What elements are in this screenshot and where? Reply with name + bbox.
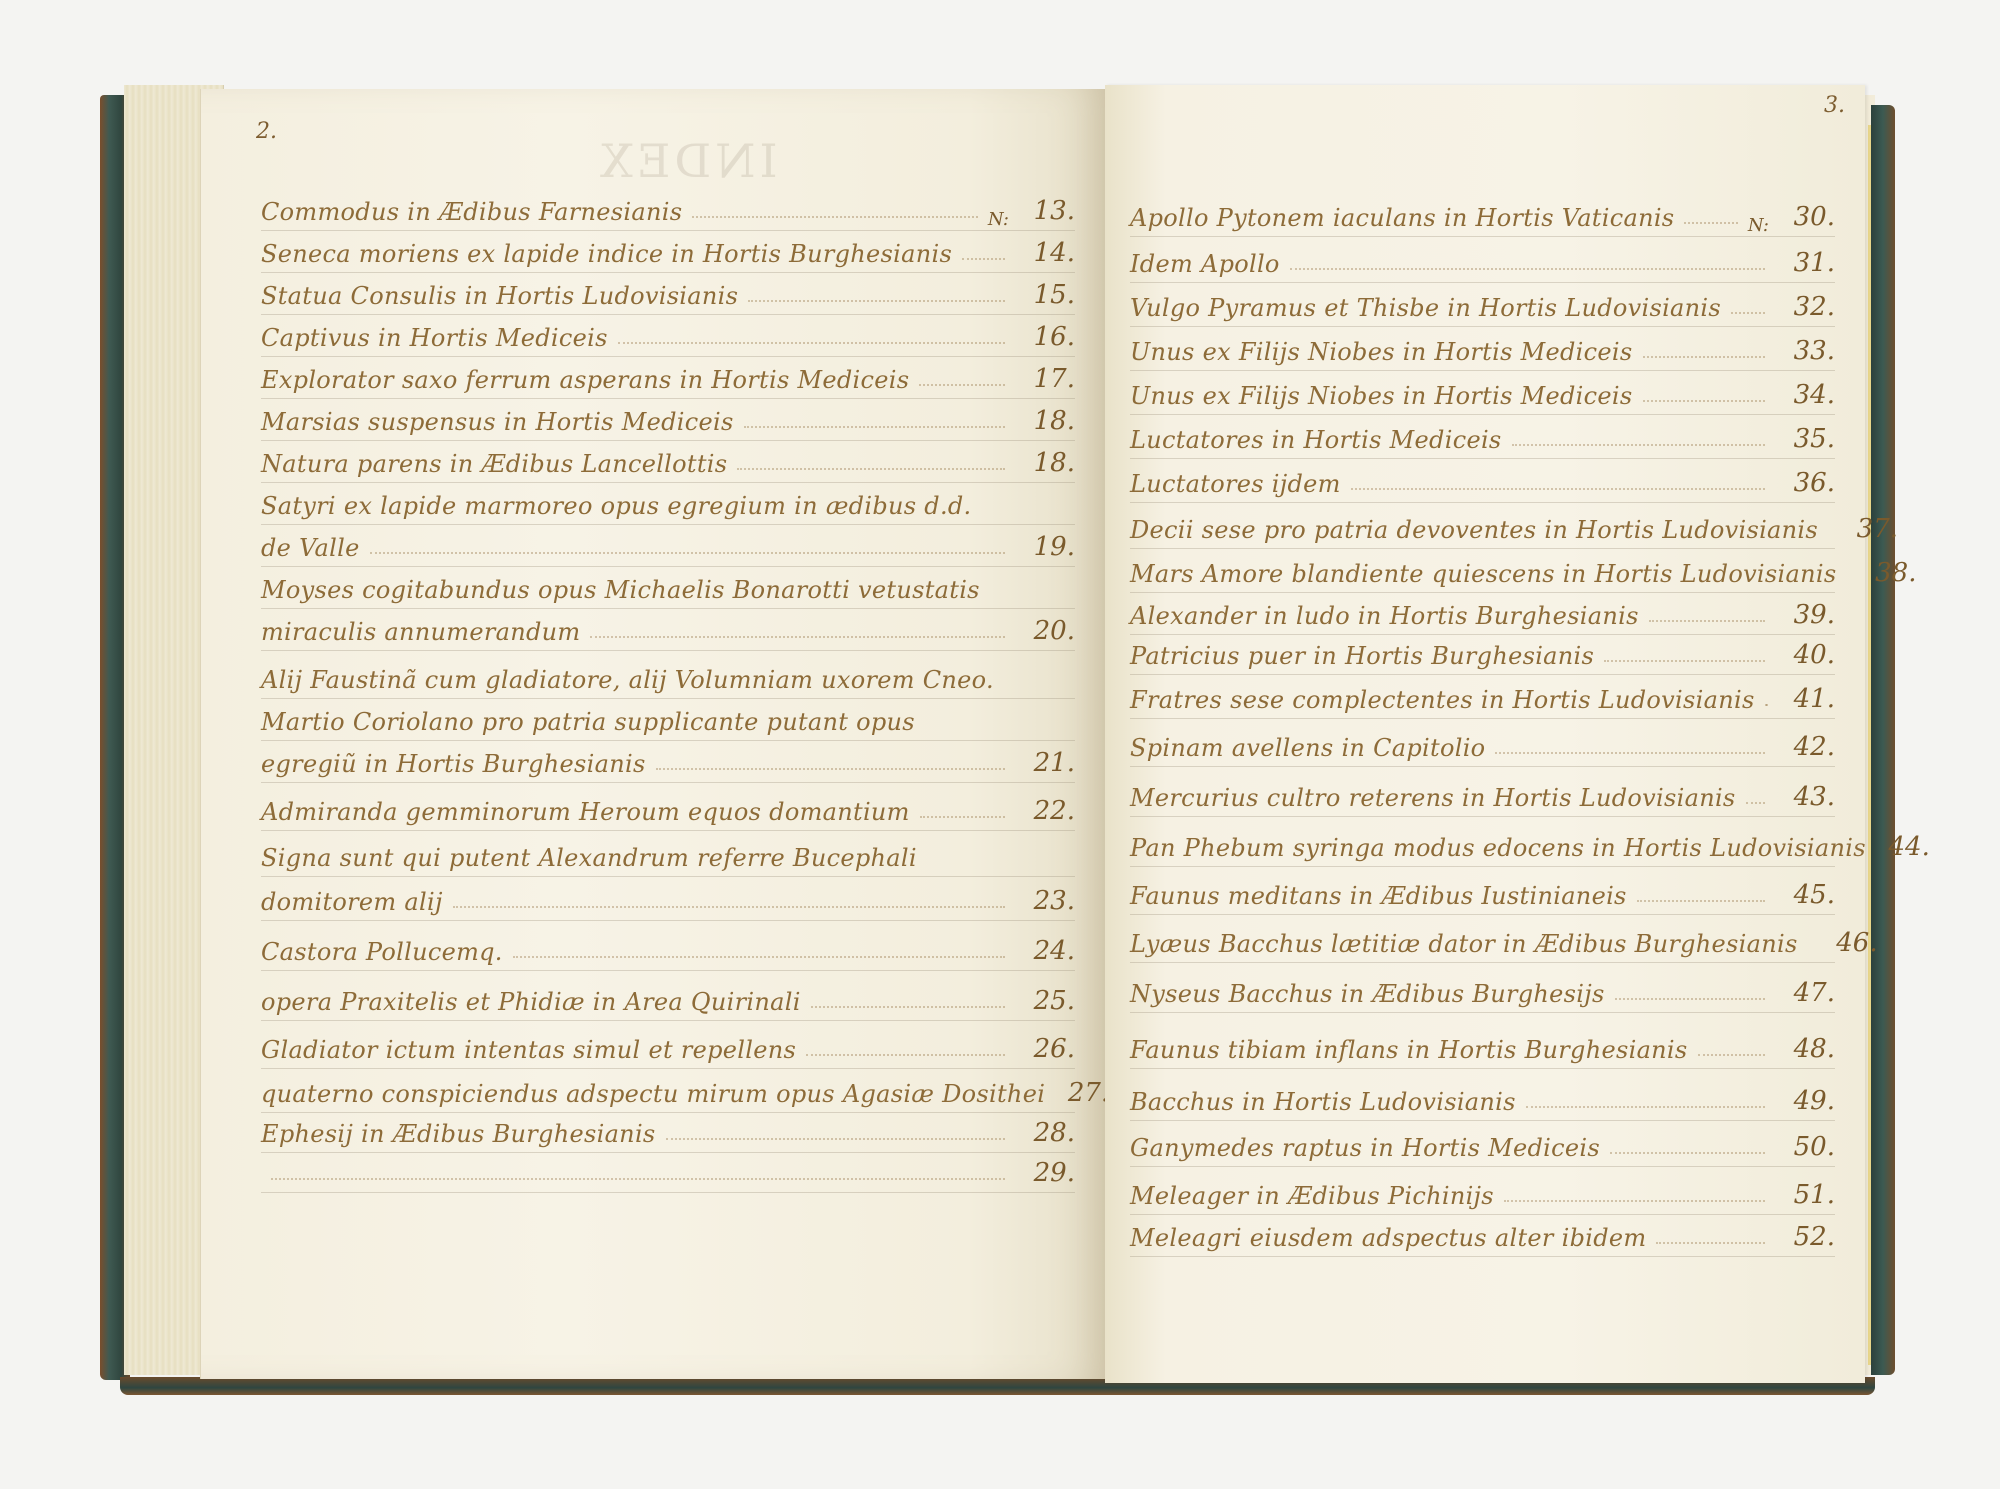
index-entry: Admiranda gemminorum Heroum equos domant… — [261, 789, 1075, 831]
index-entry: Faunus tibiam inflans in Hortis Burghesi… — [1130, 1027, 1835, 1069]
index-entry: domitorem alij23. — [261, 879, 1075, 921]
index-entry: quaterno conspiciendus adspectu mirum op… — [261, 1071, 1075, 1113]
index-entry: Commodus in Ædibus FarnesianisN:13. — [261, 189, 1075, 231]
index-entry: opera Praxitelis et Phidiæ in Area Quiri… — [261, 979, 1075, 1021]
open-book: 2. INDEX Commodus in Ædibus FarnesianisN… — [100, 85, 1895, 1395]
index-entry: Explorator saxo ferrum asperans in Horti… — [261, 357, 1075, 399]
index-entry: Martio Coriolano pro patria supplicante … — [261, 699, 1075, 741]
index-entry: Castora Pollucemq.24. — [261, 929, 1075, 971]
index-entry: Lyæus Bacchus lætitiæ dator in Ædibus Bu… — [1130, 921, 1835, 963]
index-entry: Bacchus in Hortis Ludovisianis49. — [1130, 1079, 1835, 1121]
book-cover-right-edge — [1871, 105, 1895, 1375]
index-entry: 29. — [261, 1151, 1075, 1193]
index-watermark: INDEX — [596, 134, 778, 188]
index-entry: Satyri ex lapide marmoreo opus egregium … — [261, 483, 1075, 525]
page-number: 3. — [1824, 93, 1845, 118]
index-entry: Moyses cogitabundus opus Michaelis Bonar… — [261, 567, 1075, 609]
index-entry: Decii sese pro patria devoventes in Hort… — [1130, 507, 1835, 549]
index-entry: Captivus in Hortis Mediceis16. — [261, 315, 1075, 357]
index-entry: Apollo Pytonem iaculans in Hortis Vatica… — [1130, 195, 1835, 237]
index-entry: Luctatores in Hortis Mediceis35. — [1130, 417, 1835, 459]
index-entry: Faunus meditans in Ædibus Iustinianeis45… — [1130, 873, 1835, 915]
index-entry: Nyseus Bacchus in Ædibus Burghesijs47. — [1130, 971, 1835, 1013]
index-entry: Alij Faustinã cum gladiatore, alij Volum… — [261, 657, 1075, 699]
page-number: 2. — [256, 119, 277, 144]
index-entry: Pan Phebum syringa modus edocens in Hort… — [1130, 825, 1835, 867]
index-entry: Mars Amore blandiente quiescens in Horti… — [1130, 551, 1835, 593]
index-entry: Fratres sese complectentes in Hortis Lud… — [1130, 677, 1835, 719]
index-entry: Marsias suspensus in Hortis Mediceis18. — [261, 399, 1075, 441]
index-entry: Alexander in ludo in Hortis Burghesianis… — [1130, 593, 1835, 635]
index-entry: Patricius puer in Hortis Burghesianis40. — [1130, 633, 1835, 675]
index-entry: Signa sunt qui putent Alexandrum referre… — [261, 835, 1075, 877]
left-page: 2. INDEX Commodus in Ædibus FarnesianisN… — [200, 89, 1105, 1379]
index-entry: Mercurius cultro reterens in Hortis Ludo… — [1130, 775, 1835, 817]
index-entry: miraculis annumerandum20. — [261, 609, 1075, 651]
index-entry: Vulgo Pyramus et Thisbe in Hortis Ludovi… — [1130, 285, 1835, 327]
index-entry: Meleager in Ædibus Pichinijs51. — [1130, 1173, 1835, 1215]
index-entry: Unus ex Filijs Niobes in Hortis Mediceis… — [1130, 329, 1835, 371]
index-entry: Idem Apollo31. — [1130, 241, 1835, 283]
index-entry: Ganymedes raptus in Hortis Mediceis50. — [1130, 1125, 1835, 1167]
index-entry: Ephesij in Ædibus Burghesianis28. — [261, 1111, 1075, 1153]
index-entry: Natura parens in Ædibus Lancellottis18. — [261, 441, 1075, 483]
index-entry: Gladiator ictum intentas simul et repell… — [261, 1027, 1075, 1069]
index-entry: Seneca moriens ex lapide indice in Horti… — [261, 231, 1075, 273]
index-entry: Statua Consulis in Hortis Ludovisianis15… — [261, 273, 1075, 315]
index-entry: egregiũ in Hortis Burghesianis21. — [261, 741, 1075, 783]
index-entry: Meleagri eiusdem adspectus alter ibidem5… — [1130, 1215, 1835, 1257]
index-entry: Luctatores ijdem36. — [1130, 461, 1835, 503]
index-entry: de Valle19. — [261, 525, 1075, 567]
index-entry: Spinam avellens in Capitolio42. — [1130, 725, 1835, 767]
right-page: 3. Apollo Pytonem iaculans in Hortis Vat… — [1105, 85, 1865, 1383]
index-entry: Unus ex Filijs Niobes in Hortis Mediceis… — [1130, 373, 1835, 415]
